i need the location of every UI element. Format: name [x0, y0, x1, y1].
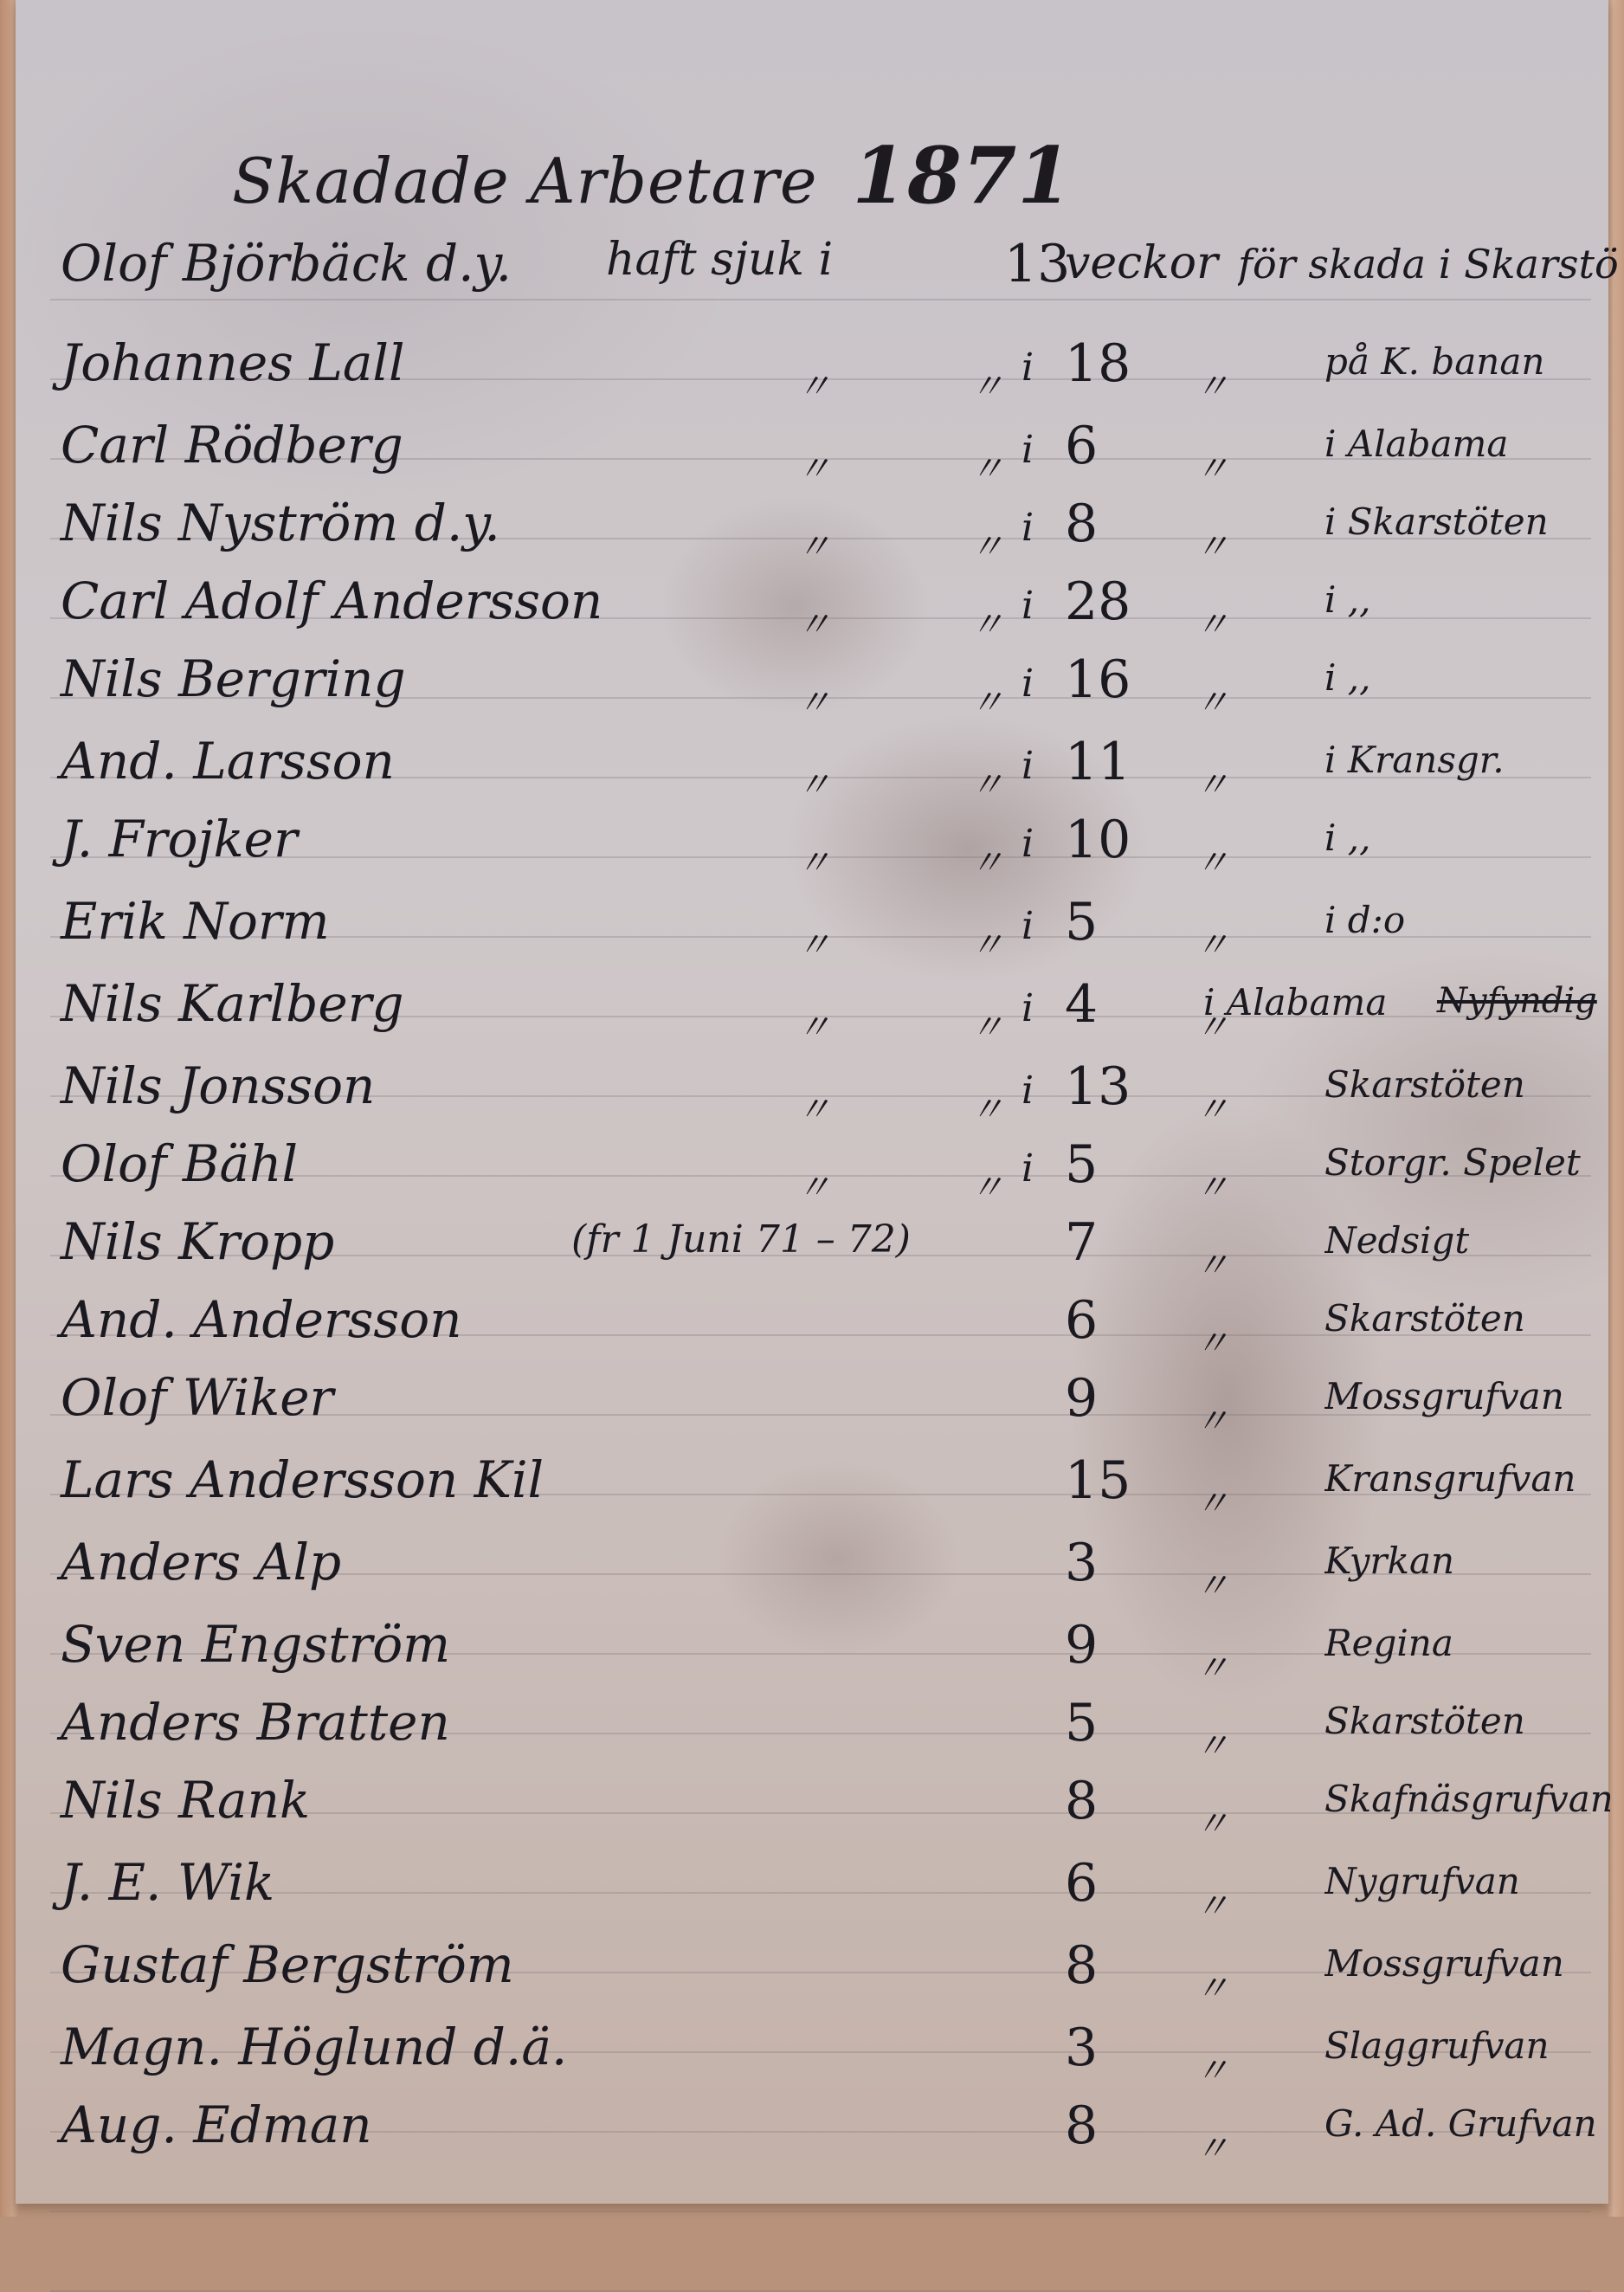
- workplace: i Alabama: [1203, 981, 1387, 1023]
- worker-name: Nils Nyström d.y.: [61, 494, 500, 552]
- workplace: Mossgrufvan: [1324, 1375, 1564, 1417]
- ditto-mark: 〃: [970, 758, 1004, 807]
- worker-name: Aug. Edman: [61, 2095, 372, 2154]
- ditto-mark: 〃: [1195, 1316, 1229, 1366]
- ditto-mark: 〃: [970, 442, 1004, 491]
- workplace: Regina: [1324, 1622, 1453, 1664]
- worker-name: Sven Engström: [61, 1615, 450, 1674]
- weeks-count: 7: [1065, 1212, 1098, 1273]
- entry-row: Anders Alp3〃Kyrkan: [0, 1533, 1624, 1611]
- ditto-mark: 〃: [970, 1082, 1004, 1132]
- page-title: Skadade Arbetare1871: [232, 130, 1073, 222]
- workplace: Storgr. Spelet: [1324, 1141, 1581, 1184]
- title-text: Skadade Arbetare: [232, 145, 817, 217]
- preposition-i: i: [1021, 986, 1034, 1030]
- ditto-mark: 〃: [1195, 1160, 1229, 1210]
- entry-row: J. Frojker〃〃i10〃i ,,: [0, 810, 1624, 888]
- ditto-mark: 〃: [796, 597, 831, 647]
- ditto-mark: 〃: [1195, 1719, 1229, 1768]
- worker-name: Gustaf Bergström: [61, 1935, 514, 1994]
- workplace: G. Ad. Grufvan: [1324, 2102, 1597, 2145]
- entry-row: Nils Jonsson〃〃i13〃Skarstöten: [0, 1056, 1624, 1134]
- weeks-count: 18: [1065, 333, 1131, 394]
- entry-row: Sven Engström9〃Regina: [0, 1615, 1624, 1693]
- ditto-mark: 〃: [970, 597, 1004, 647]
- ditto-mark: 〃: [796, 1082, 831, 1132]
- preposition-i: i: [1021, 1146, 1034, 1191]
- ditto-mark: 〃: [1195, 1082, 1229, 1132]
- weeks-count: 8: [1065, 494, 1098, 554]
- workplace: i Kransgr.: [1324, 739, 1505, 781]
- weeks-count: 3: [1065, 1533, 1098, 1593]
- ditto-mark: 〃: [1195, 359, 1229, 409]
- workplace: Kyrkan: [1324, 1540, 1454, 1582]
- worker-name: J. E. Wik: [61, 1853, 274, 1912]
- ditto-mark: 〃: [1195, 1797, 1229, 1846]
- worker-name: Nils Rank: [61, 1771, 310, 1830]
- worker-name: Carl Rödberg: [61, 416, 403, 475]
- ditto-mark: 〃: [1195, 918, 1229, 967]
- weeks-count: 6: [1065, 416, 1098, 476]
- entry-note: haft sjuk i: [606, 234, 833, 286]
- ruled-line: [50, 2211, 1591, 2212]
- worker-name: Nils Kropp: [61, 1212, 334, 1271]
- workplace: Slaggrufvan: [1324, 2024, 1550, 2067]
- entry-row: Nils Rank8〃Skafnäsgrufvan: [0, 1771, 1624, 1849]
- ditto-mark: 〃: [1195, 836, 1229, 885]
- preposition-i: i: [1021, 345, 1034, 390]
- workplace: i ,,: [1324, 656, 1370, 699]
- worker-name: Anders Alp: [61, 1533, 341, 1591]
- entry-row: Aug. Edman8〃G. Ad. Grufvan: [0, 2095, 1624, 2173]
- weeks-count: 8: [1065, 1771, 1098, 1831]
- entry-row: Gustaf Bergström8〃Mossgrufvan: [0, 1935, 1624, 2013]
- ditto-mark: 〃: [970, 520, 1004, 569]
- ditto-mark: 〃: [1195, 758, 1229, 807]
- entry-row: And. Andersson6〃Skarstöten: [0, 1290, 1624, 1368]
- weeks-count: 15: [1065, 1450, 1131, 1511]
- workplace: Nedsigt: [1324, 1219, 1469, 1262]
- worker-name: Nils Jonsson: [61, 1056, 375, 1115]
- workplace: i Alabama: [1324, 423, 1508, 465]
- entry-row: Olof Björbäck d.y.haft sjuk i13veckorför…: [0, 234, 1624, 312]
- ditto-mark: 〃: [1195, 1394, 1229, 1443]
- ditto-mark: 〃: [1195, 2121, 1229, 2171]
- ditto-mark: 〃: [796, 918, 831, 967]
- weeks-count: 5: [1065, 892, 1098, 952]
- entry-row: And. Larsson〃〃i11〃i Kransgr.: [0, 732, 1624, 810]
- ditto-mark: 〃: [796, 1160, 831, 1210]
- ditto-mark: 〃: [1195, 597, 1229, 647]
- entry-row: Nils Karlberg〃〃i4〃i AlabamaNyfyndig: [0, 974, 1624, 1052]
- ditto-mark: 〃: [796, 675, 831, 725]
- entry-row: Olof Wiker9〃Mossgrufvan: [0, 1368, 1624, 1446]
- entry-row: Anders Bratten5〃Skarstöten: [0, 1693, 1624, 1771]
- ditto-mark: 〃: [796, 758, 831, 807]
- ditto-mark: 〃: [796, 836, 831, 885]
- worker-name: Anders Bratten: [61, 1693, 450, 1752]
- ditto-mark: 〃: [970, 836, 1004, 885]
- ditto-mark: 〃: [970, 1000, 1004, 1049]
- entry-row: Nils Kropp(fr 1 Juni 71 – 72)7〃Nedsigt: [0, 1212, 1624, 1290]
- worker-name: Johannes Lall: [61, 333, 405, 392]
- ditto-mark: 〃: [796, 520, 831, 569]
- entry-row: Magn. Höglund d.ä.3〃Slaggrufvan: [0, 2018, 1624, 2095]
- ditto-mark: 〃: [796, 442, 831, 491]
- ditto-mark: 〃: [1195, 1961, 1229, 2011]
- worker-name: Magn. Höglund d.ä.: [61, 2018, 567, 2076]
- weeks-count: 8: [1065, 1935, 1098, 1996]
- ditto-mark: 〃: [1195, 1559, 1229, 1608]
- weeks-count: 28: [1065, 571, 1131, 632]
- ditto-mark: 〃: [970, 675, 1004, 725]
- weeks-count: 11: [1065, 732, 1131, 792]
- preposition-i: i: [1021, 904, 1034, 948]
- worker-name: Nils Bergring: [61, 649, 406, 708]
- weeks-count: 4: [1065, 974, 1098, 1035]
- workplace: i d:o: [1324, 899, 1405, 941]
- ditto-mark: 〃: [796, 359, 831, 409]
- workplace: i ,,: [1324, 817, 1370, 859]
- worker-name: And. Larsson: [61, 732, 395, 791]
- weeks-unit: veckor: [1065, 237, 1218, 289]
- worker-name: Erik Norm: [61, 892, 330, 951]
- preposition-i: i: [1021, 822, 1034, 866]
- preposition-i: i: [1021, 506, 1034, 550]
- worker-name: J. Frojker: [61, 810, 298, 868]
- workplace: Skarstöten: [1324, 1297, 1525, 1340]
- entry-row: Johannes Lall〃〃i18〃på K. banan: [0, 333, 1624, 411]
- entry-row: Nils Bergring〃〃i16〃i ,,: [0, 649, 1624, 727]
- struck-out-text: Nyfyndig: [1437, 981, 1597, 1021]
- weeks-count: 13: [1004, 234, 1070, 294]
- preposition-i: i: [1021, 584, 1034, 628]
- workplace: Kransgrufvan: [1324, 1457, 1576, 1500]
- workplace: Mossgrufvan: [1324, 1942, 1564, 1985]
- weeks-count: 3: [1065, 2018, 1098, 2078]
- workplace: för skada i Skarstöten: [1238, 241, 1619, 287]
- worker-name: Lars Andersson Kil: [61, 1450, 544, 1509]
- worker-name: And. Andersson: [61, 1290, 461, 1349]
- weeks-count: 8: [1065, 2095, 1098, 2156]
- weeks-count: 6: [1065, 1290, 1098, 1351]
- weeks-count: 9: [1065, 1615, 1098, 1675]
- workplace: Skarstöten: [1324, 1700, 1525, 1742]
- entry-note: (fr 1 Juni 71 – 72): [571, 1217, 911, 1262]
- ditto-mark: 〃: [970, 918, 1004, 967]
- workplace: Skafnäsgrufvan: [1324, 1778, 1610, 1820]
- preposition-i: i: [1021, 662, 1034, 706]
- ditto-mark: 〃: [1195, 1641, 1229, 1690]
- worker-name: Olof Björbäck d.y.: [61, 234, 512, 293]
- entry-row: Olof Bähl〃〃i5〃Storgr. Spelet: [0, 1134, 1624, 1212]
- ditto-mark: 〃: [970, 359, 1004, 409]
- workplace: i ,,: [1324, 578, 1370, 621]
- entry-row: Carl Adolf Andersson〃〃i28〃i ,,: [0, 571, 1624, 649]
- ditto-mark: 〃: [1195, 1238, 1229, 1288]
- workplace: i Skarstöten: [1324, 500, 1549, 543]
- weeks-count: 9: [1065, 1368, 1098, 1429]
- ditto-mark: 〃: [970, 1160, 1004, 1210]
- preposition-i: i: [1021, 1069, 1034, 1113]
- worker-name: Olof Wiker: [61, 1368, 333, 1427]
- workplace: Nygrufvan: [1324, 1860, 1520, 1902]
- ditto-mark: 〃: [1195, 675, 1229, 725]
- entry-row: Carl Rödberg〃〃i6〃i Alabama: [0, 416, 1624, 494]
- entry-row: Nils Nyström d.y.〃〃i8〃i Skarstöten: [0, 494, 1624, 571]
- weeks-count: 10: [1065, 810, 1131, 870]
- entry-row: Erik Norm〃〃i5〃i d:o: [0, 892, 1624, 970]
- weeks-count: 5: [1065, 1134, 1098, 1195]
- ditto-mark: 〃: [1195, 442, 1229, 491]
- entry-row: Lars Andersson Kil15〃Kransgrufvan: [0, 1450, 1624, 1528]
- entry-row: J. E. Wik6〃Nygrufvan: [0, 1853, 1624, 1931]
- preposition-i: i: [1021, 428, 1034, 472]
- ditto-mark: 〃: [796, 1000, 831, 1049]
- weeks-count: 5: [1065, 1693, 1098, 1753]
- ditto-mark: 〃: [1195, 2043, 1229, 2093]
- worker-name: Olof Bähl: [61, 1134, 298, 1193]
- ditto-mark: 〃: [1195, 1879, 1229, 1928]
- weeks-count: 13: [1065, 1056, 1131, 1117]
- ditto-mark: 〃: [1195, 520, 1229, 569]
- title-year: 1871: [852, 130, 1073, 222]
- worker-name: Carl Adolf Andersson: [61, 571, 603, 630]
- workplace: Skarstöten: [1324, 1063, 1525, 1106]
- preposition-i: i: [1021, 744, 1034, 788]
- workplace: på K. banan: [1324, 340, 1544, 383]
- weeks-count: 6: [1065, 1853, 1098, 1914]
- ditto-mark: 〃: [1195, 1476, 1229, 1526]
- worker-name: Nils Karlberg: [61, 974, 404, 1033]
- weeks-count: 16: [1065, 649, 1131, 710]
